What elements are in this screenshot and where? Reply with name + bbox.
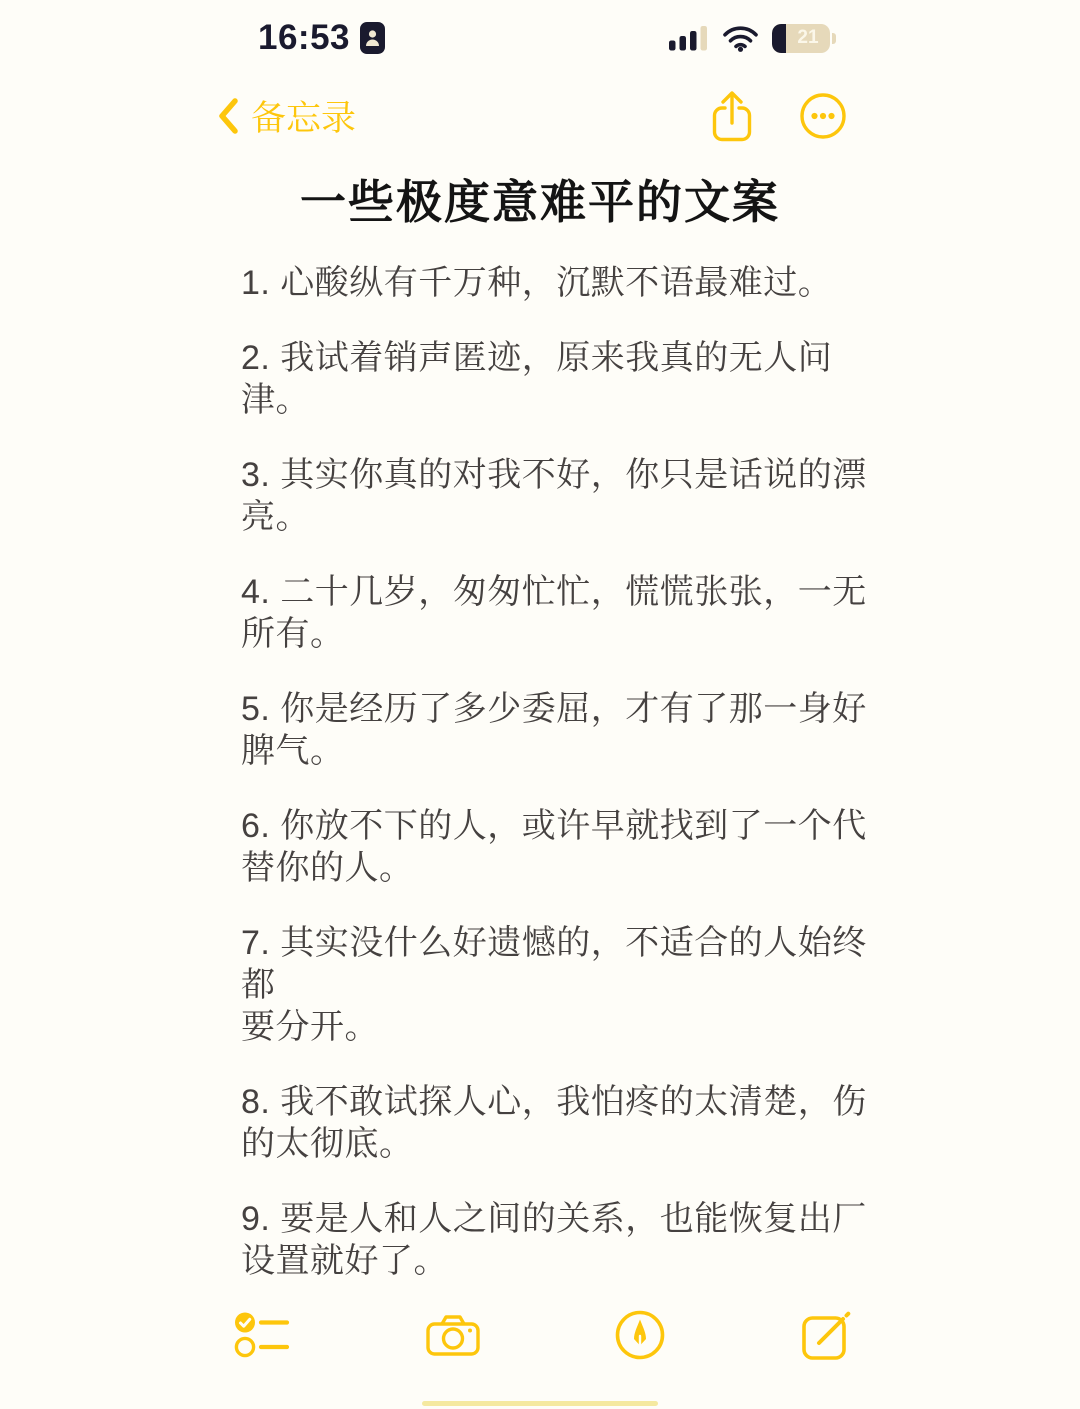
nav-bar: 备忘录 — [216, 90, 848, 142]
chevron-left-icon — [216, 97, 239, 135]
compose-icon[interactable] — [800, 1308, 854, 1362]
note-line-6: 6. 你放不下的人，或许早就找到了一个代 替你的人。 — [241, 805, 886, 889]
note-line-3: 3. 其实你真的对我不好，你只是话说的漂 亮。 — [241, 454, 886, 538]
note-line-9: 9. 要是人和人之间的关系，也能恢复出厂 设置就好了。 — [241, 1198, 886, 1282]
notes-app-screen: 16:53 — [0, 0, 1080, 1409]
battery-nub — [832, 33, 836, 44]
note-line-2: 2. 我试着销声匿迹，原来我真的无人问 津。 — [241, 337, 886, 421]
battery-percent: 21 — [786, 27, 830, 49]
battery-fill — [772, 24, 786, 53]
note-title: 一些极度意难平的文案 — [0, 166, 1080, 232]
checklist-icon[interactable] — [234, 1311, 292, 1359]
note-line-8: 8. 我不敢试探人心，我怕疼的太清楚，伤 的太彻底。 — [241, 1081, 886, 1165]
note-line-7: 7. 其实没什么好遗憾的，不适合的人始终都 要分开。 — [241, 922, 886, 1048]
back-label: 备忘录 — [251, 91, 356, 141]
status-right: 21 — [669, 24, 836, 53]
note-line-1: 1. 心酸纵有千万种，沉默不语最难过。 — [241, 262, 886, 304]
camera-icon[interactable] — [426, 1313, 480, 1357]
person-badge-icon — [360, 22, 385, 54]
status-left: 16:53 — [258, 18, 385, 58]
note-line-4: 4. 二十几岁，匆匆忙忙，慌慌张张，一无 所有。 — [241, 571, 886, 655]
note-line-5: 5. 你是经历了多少委屈，才有了那一身好 脾气。 — [241, 688, 886, 772]
nav-actions — [708, 89, 848, 143]
home-indicator[interactable] — [422, 1401, 658, 1406]
ellipsis-icon[interactable] — [798, 91, 848, 141]
share-icon[interactable] — [708, 89, 756, 143]
note-content[interactable]: 1. 心酸纵有千万种，沉默不语最难过。 2. 我试着销声匿迹，原来我真的无人问 … — [241, 262, 886, 1315]
battery-icon: 21 — [772, 24, 836, 53]
bottom-toolbar — [234, 1306, 854, 1364]
status-bar: 16:53 — [258, 14, 836, 62]
status-time: 16:53 — [258, 18, 350, 58]
wifi-icon — [722, 25, 759, 52]
back-button[interactable]: 备忘录 — [216, 91, 356, 141]
cellular-signal-icon — [669, 24, 709, 52]
markup-icon[interactable] — [614, 1309, 666, 1361]
